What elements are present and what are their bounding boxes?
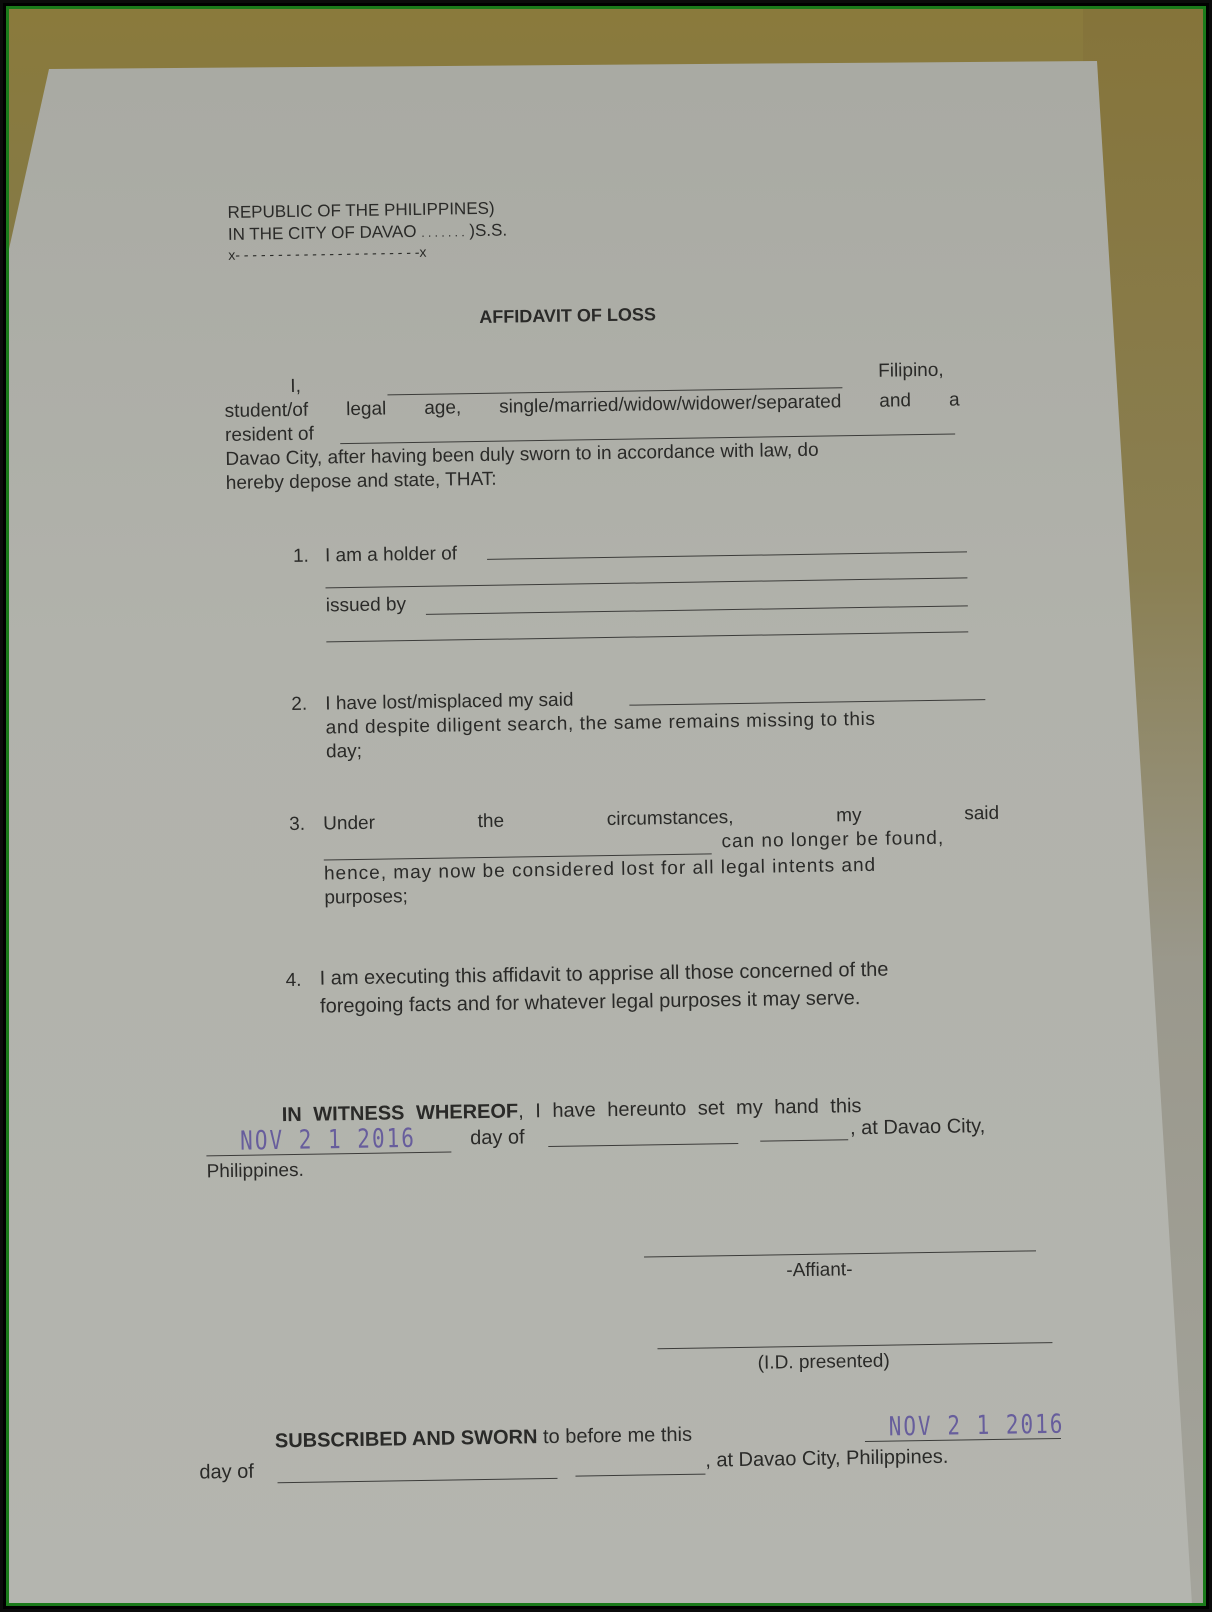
intro-line5: hereby depose and state, THAT:	[226, 469, 497, 495]
caption-city-dots: . . . . . . .	[421, 225, 465, 240]
intro-word: and	[879, 390, 911, 412]
witness-year-blank[interactable]	[760, 1139, 848, 1141]
document-title: AFFIDAVIT OF LOSS	[479, 304, 656, 328]
jurat-month-blank[interactable]	[278, 1478, 558, 1483]
intro-word: single/married/widow/widower/separated	[499, 391, 841, 418]
item-1-text: I am a holder of	[325, 543, 457, 567]
intro-resident-of: resident of	[225, 424, 314, 447]
item-3-word: circumstances,	[607, 807, 734, 831]
item-3-word: said	[964, 803, 999, 826]
received-date-stamp: NOV 2 1 2016	[240, 1123, 416, 1156]
photo-area: REPUBLIC OF THE PHILIPPINES) IN THE CITY…	[6, 6, 1206, 1606]
affiant-signature-line[interactable]	[644, 1250, 1036, 1257]
item-3-word: Under	[323, 813, 375, 836]
item-3-word: my	[836, 805, 862, 827]
issuer-blank[interactable]	[426, 605, 968, 615]
item-3-number: 3.	[289, 814, 305, 836]
caption-city: IN THE CITY OF DAVAO . . . . . . . )S.S.	[228, 221, 507, 245]
caption-republic: REPUBLIC OF THE PHILIPPINES)	[227, 199, 494, 223]
jurat-year-blank[interactable]	[575, 1474, 705, 1477]
item-4-text: I am executing this affidavit to apprise…	[319, 959, 888, 991]
document-held-blank[interactable]	[487, 551, 967, 560]
affidavit-document: REPUBLIC OF THE PHILIPPINES) IN THE CITY…	[6, 6, 1206, 1606]
jurat-line1: SUBSCRIBED AND SWORN to before me this	[275, 1424, 692, 1454]
caption-ss: )S.S.	[469, 221, 507, 241]
intro-line2: student/of legal age, single/married/wid…	[225, 389, 960, 423]
caption-city-text: IN THE CITY OF DAVAO	[228, 222, 417, 244]
affiant-label: -Affiant-	[786, 1259, 853, 1282]
witness-day-of: day of	[470, 1126, 525, 1150]
jurat-rest: to before me this	[537, 1424, 692, 1448]
item-1-number: 1.	[293, 546, 309, 568]
item-3-line2: can no longer be found,	[721, 828, 944, 853]
image-frame: REPUBLIC OF THE PHILIPPINES) IN THE CITY…	[0, 0, 1212, 1612]
intro-i-label: I,	[290, 376, 301, 398]
item-2-number: 2.	[291, 694, 307, 716]
issuer-blank-2[interactable]	[326, 631, 968, 642]
intro-word: student/of	[225, 400, 309, 423]
intro-word: age,	[424, 397, 461, 420]
intro-filipino: Filipino,	[878, 360, 944, 383]
item-2-text: I have lost/misplaced my said	[325, 690, 573, 716]
witness-country: Philippines.	[206, 1160, 304, 1184]
id-presented-line[interactable]	[657, 1342, 1052, 1349]
caption-separator: x- - - - - - - - - - - - - - - - - - - -…	[228, 244, 426, 263]
item-4-number: 4.	[285, 970, 301, 992]
item-3-line3: hence, may now be considered lost for al…	[324, 855, 877, 886]
item-1-issued-by: issued by	[326, 594, 407, 617]
item-4-line2: foregoing facts and for whatever legal p…	[320, 987, 861, 1018]
intro-line4: Davao City, after having been duly sworn…	[225, 440, 818, 471]
intro-word: a	[949, 389, 960, 411]
sworn-date-stamp: NOV 2 1 2016	[889, 1409, 1065, 1442]
witness-at-city: , at Davao City,	[850, 1115, 986, 1140]
item-2-line3: day;	[326, 741, 362, 764]
jurat-day-of: day of	[199, 1461, 254, 1485]
lost-item-blank[interactable]	[629, 699, 985, 706]
witness-line1: IN WITNESS WHEREOF, I have hereunto set …	[282, 1095, 862, 1127]
witness-rest: , I have hereunto set my hand this	[518, 1095, 862, 1122]
jurat-at-city: , at Davao City, Philippines.	[705, 1446, 948, 1473]
jurat-bold: SUBSCRIBED AND SWORN	[275, 1426, 538, 1452]
intro-word: legal	[346, 398, 386, 421]
item-3-word: the	[478, 811, 505, 833]
document-held-blank-2[interactable]	[325, 577, 967, 588]
item-3-line4: purposes;	[324, 886, 408, 909]
id-presented-label: (I.D. presented)	[758, 1351, 890, 1375]
witness-month-blank[interactable]	[548, 1143, 738, 1147]
